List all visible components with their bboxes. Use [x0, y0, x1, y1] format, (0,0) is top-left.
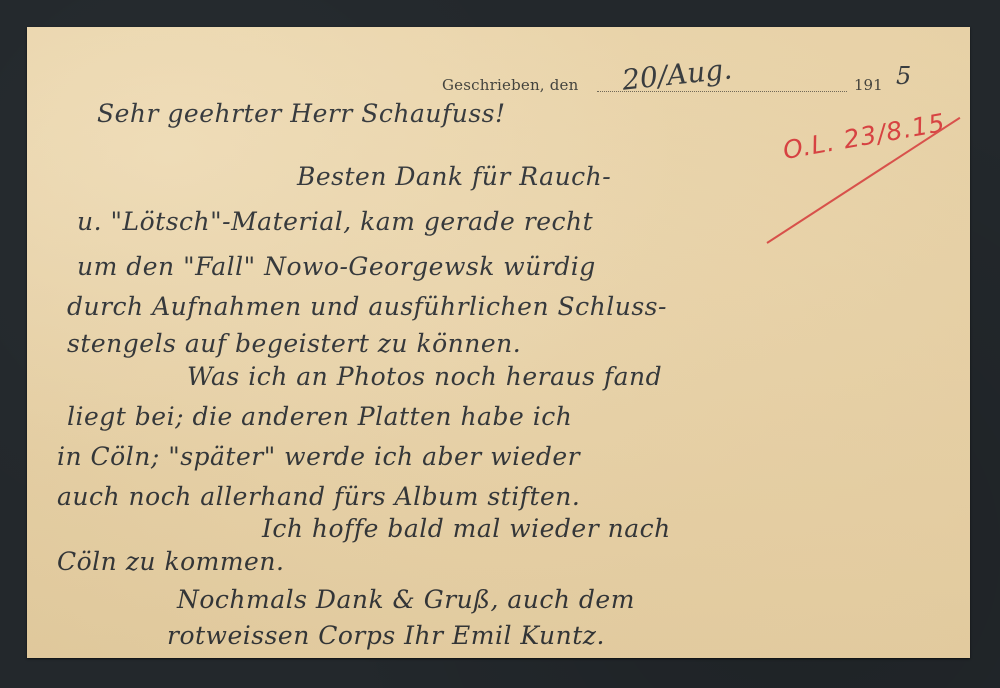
letter-line: in Cöln; "später" werde ich aber wieder: [57, 442, 580, 471]
letter-line: stengels auf begeistert zu können.: [67, 329, 521, 358]
letter-line: Was ich an Photos noch heraus fand: [187, 362, 662, 391]
letter-line: Besten Dank für Rauch-: [297, 162, 611, 191]
letter-line: Nochmals Dank & Gruß, auch dem: [177, 585, 635, 614]
letter-line: Ich hoffe bald mal wieder nach: [262, 514, 671, 543]
letter-line: u. "Lötsch"-Material, kam gerade recht: [77, 207, 593, 236]
printed-date-line: Geschrieben, den 20/Aug. 191 5: [442, 72, 932, 98]
handwritten-year-digit: 5: [896, 62, 911, 90]
postcard: Geschrieben, den 20/Aug. 191 5 O.L. 23/8…: [27, 27, 970, 658]
letter-line: um den "Fall" Nowo-Georgewsk würdig: [77, 252, 596, 281]
letter-line-signature: rotweissen Corps Ihr Emil Kuntz.: [167, 621, 605, 650]
letter-line: Sehr geehrter Herr Schaufuss!: [97, 99, 506, 128]
letter-line: Cöln zu kommen.: [57, 547, 284, 576]
letter-line: liegt bei; die anderen Platten habe ich: [67, 402, 572, 431]
red-pencil-annotation: O.L. 23/8.15: [781, 108, 948, 165]
letter-line: durch Aufnahmen und ausführlichen Schlus…: [67, 292, 667, 321]
printed-year: 191: [854, 76, 883, 94]
printed-label: Geschrieben, den: [442, 76, 578, 94]
letter-line: auch noch allerhand fürs Album stiften.: [57, 482, 580, 511]
